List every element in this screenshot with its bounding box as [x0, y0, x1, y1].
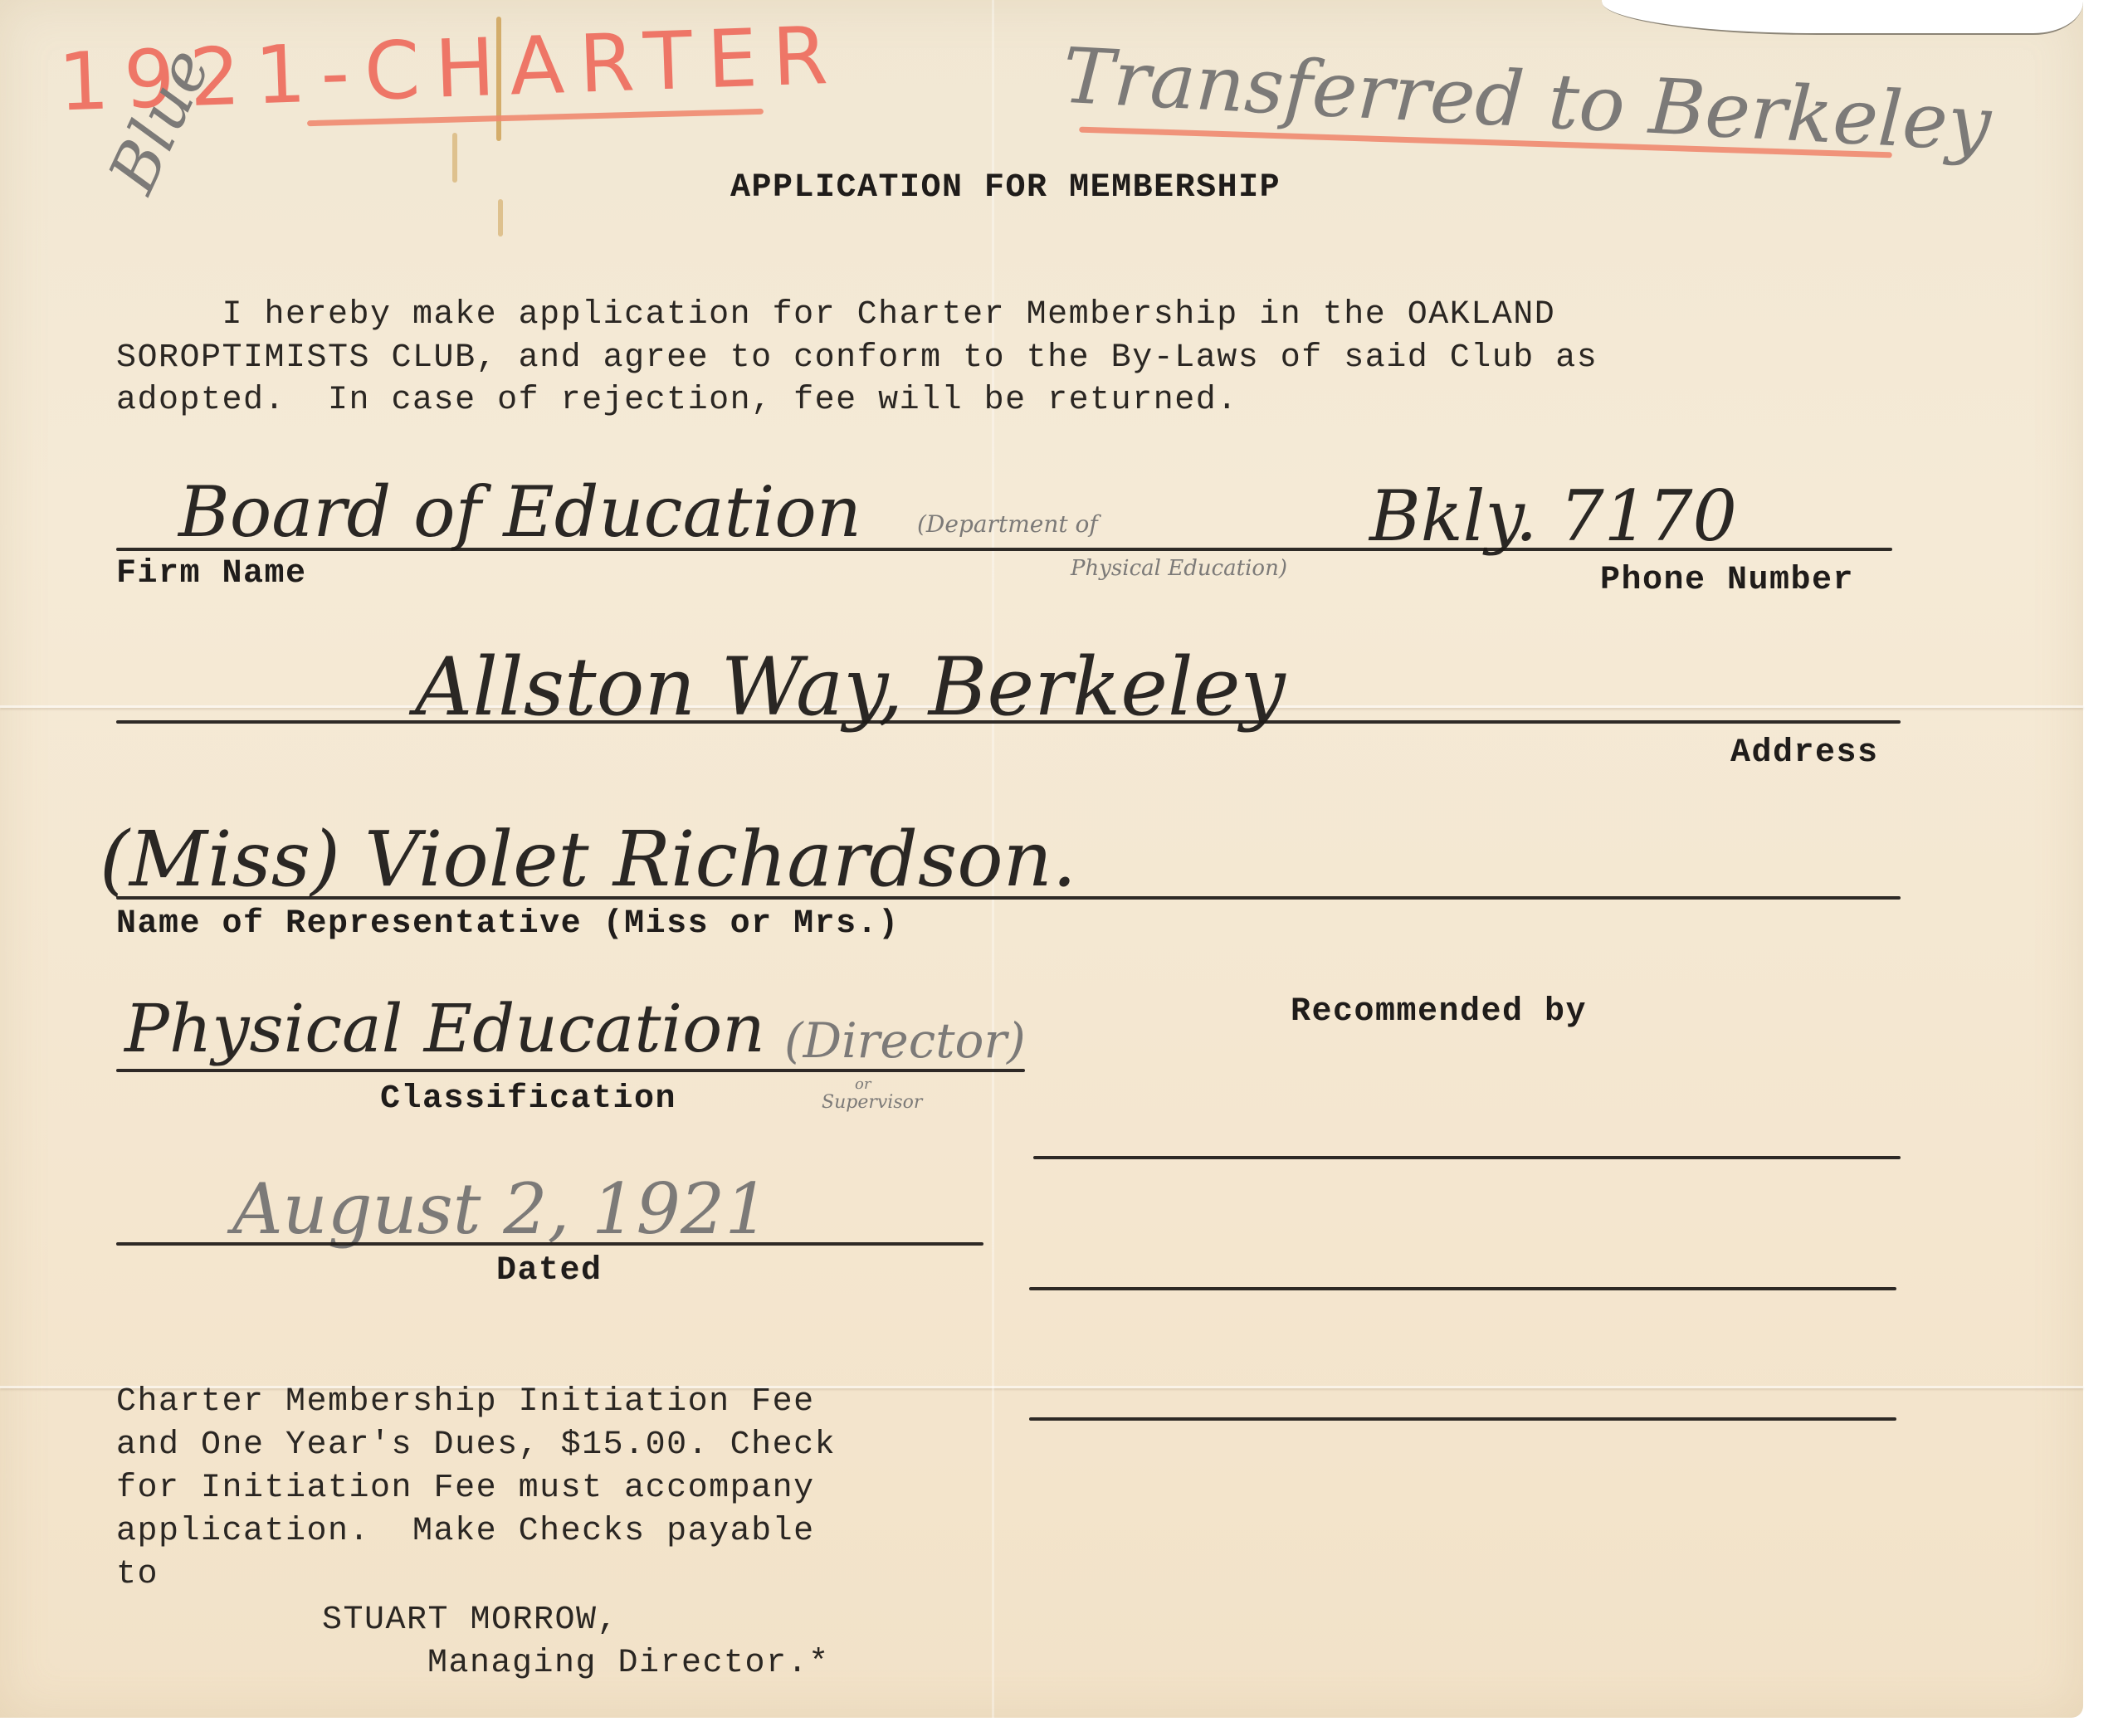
classification-note-or: or — [855, 1077, 871, 1092]
phone-number-value[interactable]: Bkly. 7170 — [1369, 481, 1737, 551]
recommended-by-line-3[interactable] — [1029, 1417, 1896, 1421]
rust-stain — [452, 133, 457, 183]
fee-notice-line: application. Make Checks payable — [116, 1515, 815, 1548]
phone-number-label: Phone Number — [1600, 564, 1854, 597]
torn-corner — [1602, 0, 2083, 35]
representative-line — [116, 896, 1901, 900]
fee-notice-line: and One Year's Dues, $15.00. Check — [116, 1429, 836, 1462]
address-line — [116, 720, 1901, 724]
intro-line: SOROPTIMISTS CLUB, and agree to conform … — [116, 342, 1598, 375]
paper-sheet: 1921-CHARTER Blue Transferred to Berkele… — [0, 0, 2083, 1718]
dated-value[interactable]: August 2, 1921 — [232, 1174, 769, 1244]
recommended-by-line-2[interactable] — [1029, 1287, 1896, 1290]
firm-name-note: Physical Education) — [1071, 558, 1287, 579]
representative-value[interactable]: (Miss) Violet Richardson. — [100, 822, 1076, 898]
representative-label: Name of Representative (Miss or Mrs.) — [116, 908, 900, 941]
address-value[interactable]: Allston Way, Berkeley — [415, 647, 1286, 727]
classification-note-supervisor: Supervisor — [822, 1094, 922, 1112]
classification-note: (Director) — [784, 1017, 1026, 1065]
payee-title: Managing Director.* — [427, 1647, 830, 1680]
classification-value[interactable]: Physical Education — [124, 996, 765, 1062]
firm-name-value[interactable]: Board of Education — [178, 477, 861, 547]
fee-notice-line: for Initiation Fee must accompany — [116, 1472, 815, 1505]
intro-line: adopted. In case of rejection, fee will … — [116, 384, 1238, 417]
form-title: APPLICATION FOR MEMBERSHIP — [730, 172, 1281, 205]
rust-stain — [498, 199, 503, 237]
fee-notice-line: to — [116, 1558, 159, 1592]
recommended-by-line-1[interactable] — [1033, 1156, 1901, 1159]
firm-name-note: (Department of — [917, 513, 1098, 536]
classification-label: Classification — [380, 1083, 676, 1116]
firm-name-label: Firm Name — [116, 558, 307, 591]
fee-notice-line: Charter Membership Initiation Fee — [116, 1386, 815, 1419]
address-label: Address — [1730, 737, 1879, 770]
classification-line — [116, 1069, 1025, 1072]
dated-line — [116, 1242, 983, 1246]
intro-line: I hereby make application for Charter Me… — [116, 299, 1555, 332]
dated-label: Dated — [496, 1255, 603, 1288]
recommended-by-label: Recommended by — [1291, 996, 1587, 1029]
payee-name: STUART MORROW, — [322, 1604, 618, 1637]
firm-name-line — [116, 548, 1892, 551]
